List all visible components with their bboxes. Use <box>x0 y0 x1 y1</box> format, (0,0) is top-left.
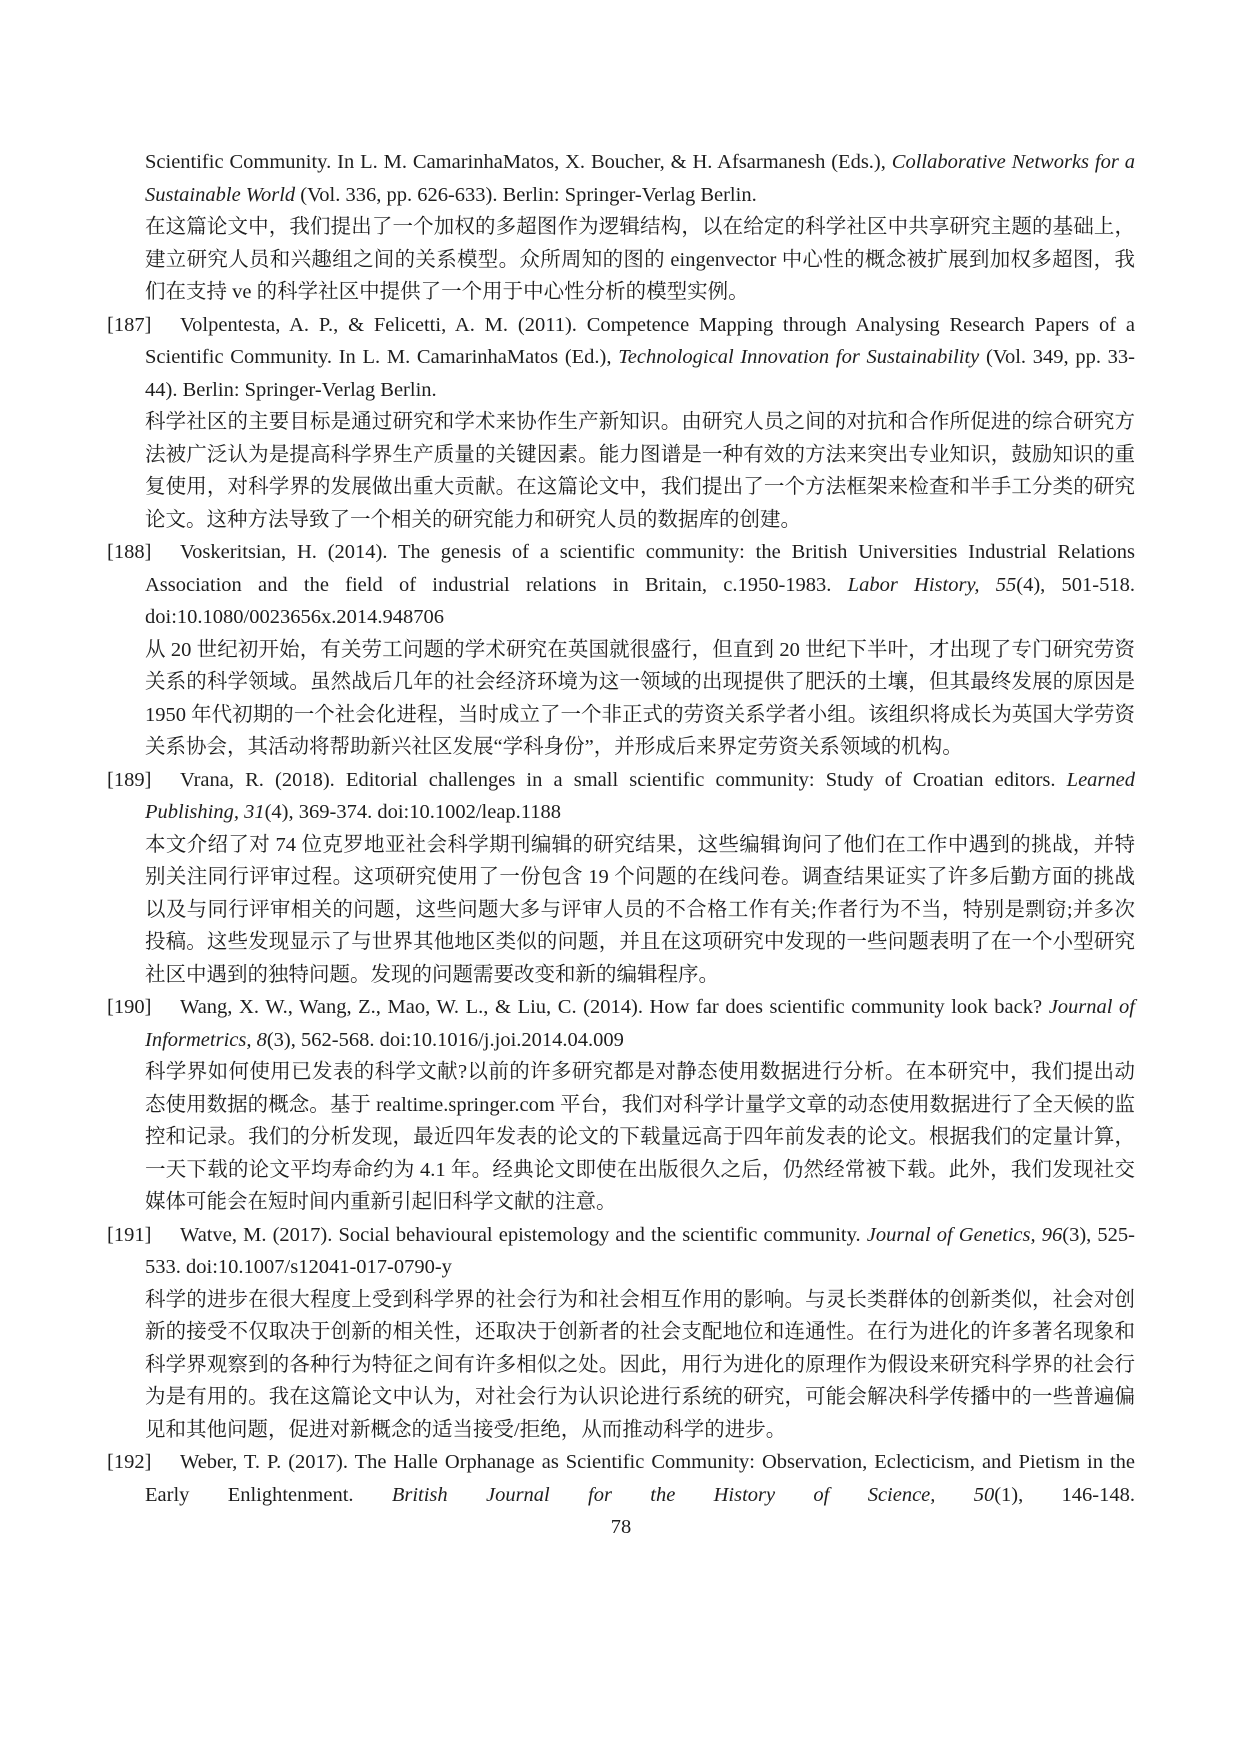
reference-entry-188: [188]Voskeritsian, H. (2014). The genesi… <box>107 536 1135 764</box>
citation: [192]Weber, T. P. (2017). The Halle Orph… <box>145 1446 1135 1511</box>
annotation-zh: 从 20 世纪初开始，有关劳工问题的学术研究在英国就很盛行，但直到 20 世纪下… <box>145 634 1135 764</box>
citation: [188]Voskeritsian, H. (2014). The genesi… <box>145 536 1135 634</box>
reference-entry-187: [187]Volpentesta, A. P., & Felicetti, A.… <box>107 309 1135 537</box>
citation-text: Voskeritsian, H. (2014). The genesis of … <box>145 541 1135 628</box>
reference-entry-192: [192]Weber, T. P. (2017). The Halle Orph… <box>107 1446 1135 1511</box>
reference-label: [187] <box>107 309 180 342</box>
citation: [191]Watve, M. (2017). Social behavioura… <box>145 1219 1135 1284</box>
page-number: 78 <box>107 1511 1135 1544</box>
citation: [187]Volpentesta, A. P., & Felicetti, A.… <box>145 309 1135 407</box>
citation-text: Wang, X. W., Wang, Z., Mao, W. L., & Liu… <box>145 996 1135 1051</box>
reference-label: [188] <box>107 536 180 569</box>
annotation-zh: 科学界如何使用已发表的科学文献?以前的许多研究都是对静态使用数据进行分析。在本研… <box>145 1056 1135 1219</box>
reference-entry-191: [191]Watve, M. (2017). Social behavioura… <box>107 1219 1135 1447</box>
citation-text: Scientific Community. In L. M. Camarinha… <box>145 151 1135 206</box>
annotation-zh: 科学社区的主要目标是通过研究和学术来协作生产新知识。由研究人员之间的对抗和合作所… <box>145 406 1135 536</box>
citation: Scientific Community. In L. M. Camarinha… <box>145 146 1135 211</box>
citation: [190]Wang, X. W., Wang, Z., Mao, W. L., … <box>145 991 1135 1056</box>
annotation-zh: 科学的进步在很大程度上受到科学界的社会行为和社会相互作用的影响。与灵长类群体的创… <box>145 1284 1135 1447</box>
reference-label: [189] <box>107 764 180 797</box>
citation-text: Volpentesta, A. P., & Felicetti, A. M. (… <box>145 314 1135 401</box>
reference-entry-186-continuation: Scientific Community. In L. M. Camarinha… <box>107 146 1135 309</box>
reference-entry-190: [190]Wang, X. W., Wang, Z., Mao, W. L., … <box>107 991 1135 1219</box>
reference-entry-189: [189]Vrana, R. (2018). Editorial challen… <box>107 764 1135 992</box>
reference-label: [192] <box>107 1446 180 1479</box>
reference-label: [190] <box>107 991 180 1024</box>
citation-text: Watve, M. (2017). Social behavioural epi… <box>145 1224 1135 1279</box>
references-list: Scientific Community. In L. M. Camarinha… <box>107 146 1135 1544</box>
annotation-zh: 在这篇论文中，我们提出了一个加权的多超图作为逻辑结构，以在给定的科学社区中共享研… <box>145 211 1135 309</box>
citation-text: Vrana, R. (2018). Editorial challenges i… <box>145 769 1135 824</box>
annotation-zh: 本文介绍了对 74 位克罗地亚社会科学期刊编辑的研究结果，这些编辑询问了他们在工… <box>145 829 1135 992</box>
citation-text: Weber, T. P. (2017). The Halle Orphanage… <box>145 1451 1135 1506</box>
citation: [189]Vrana, R. (2018). Editorial challen… <box>145 764 1135 829</box>
document-page: Scientific Community. In L. M. Camarinha… <box>0 0 1240 1753</box>
reference-label: [191] <box>107 1219 180 1252</box>
